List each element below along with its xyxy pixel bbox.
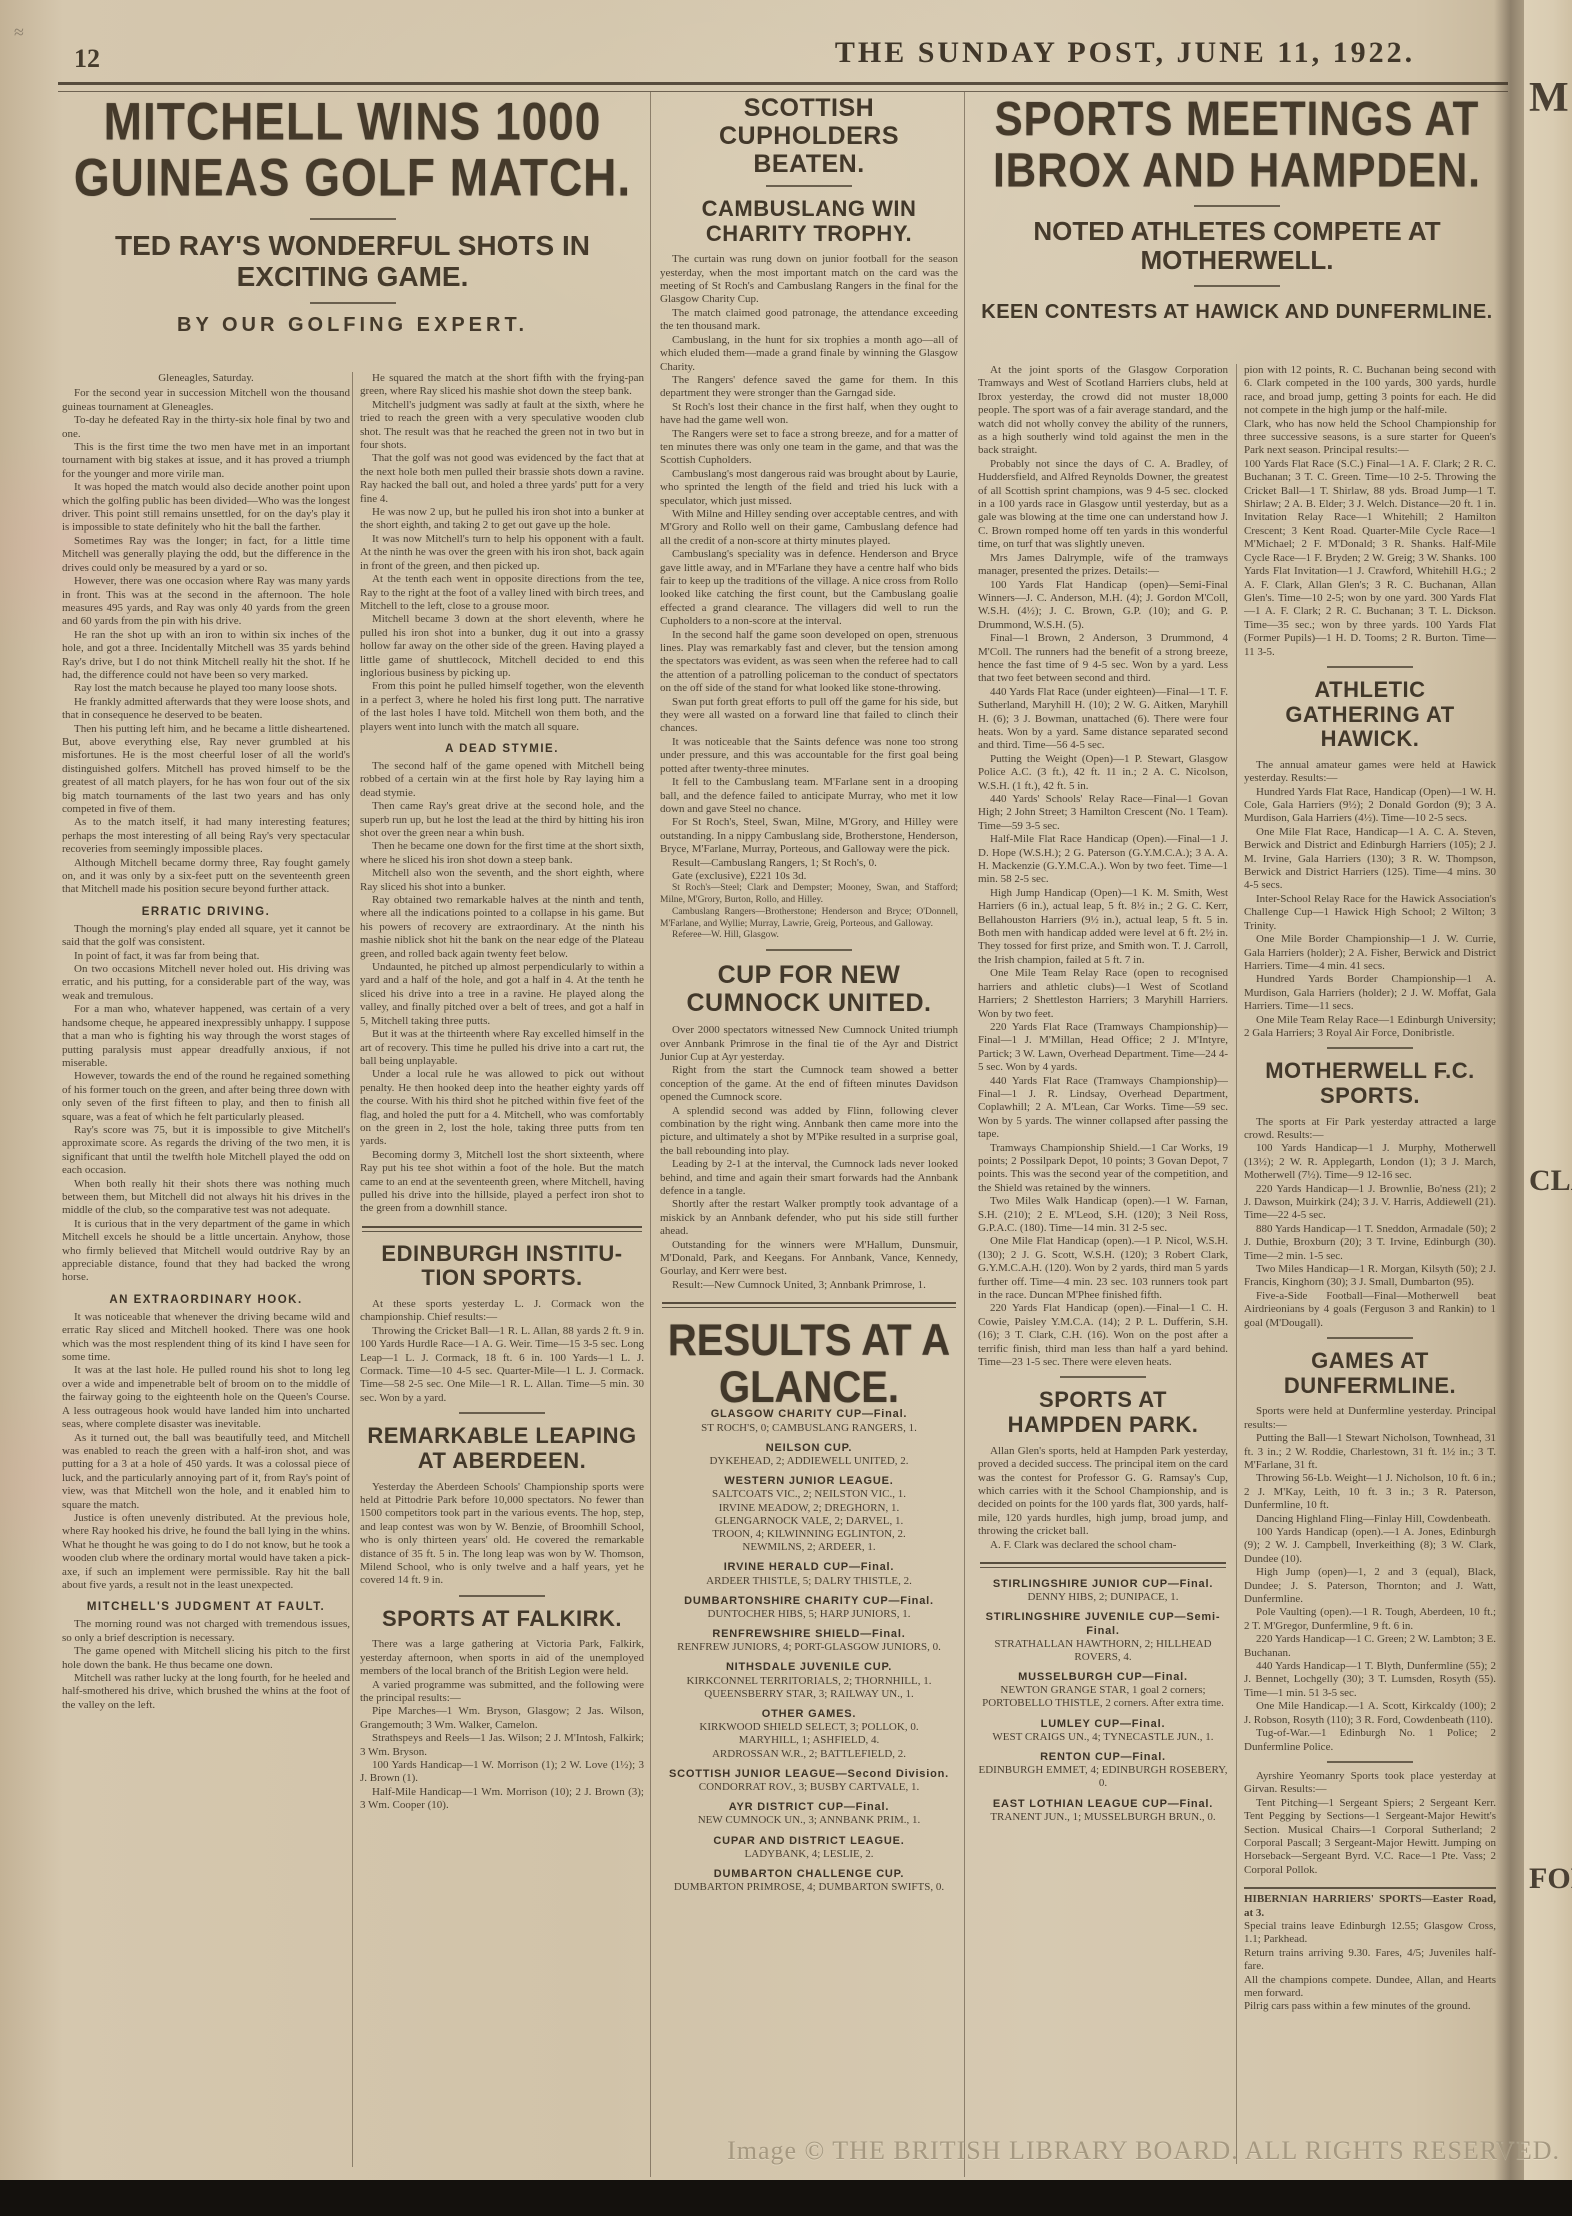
result-competition: AYR DISTRICT CUP—Final.	[660, 1801, 958, 1814]
hampden-continued-body: pion with 12 points, R. C. Buchanan bein…	[1244, 364, 1496, 659]
paragraph: It fell to the Cambuslang team. M'Farlan…	[660, 776, 958, 816]
golf-subheadline: TED RAY'S WONDERFUL SHOTS IN EXCITING GA…	[60, 230, 645, 293]
paragraph: Clark, who has now held the School Champ…	[1244, 418, 1496, 458]
paragraph: 880 Yards Handicap—1 T. Sneddon, Armadal…	[1244, 1223, 1496, 1263]
result-score: TRANENT JUN., 1; MUSSELBURGH BRUN., 0.	[978, 1811, 1228, 1824]
column-golf-left: Gleneagles, Saturday. For the second yea…	[62, 372, 350, 2167]
result-score: NEW CUMNOCK UN., 3; ANNBANK PRIM., 1.	[660, 1814, 958, 1827]
edinburgh-sports-headline: EDINBURGH INSTITU-TION SPORTS.	[364, 1242, 640, 1291]
cupholders-subheadline: CAMBUSLANG WIN CHARITY TROPHY.	[664, 197, 954, 246]
dunfermline-body: Sports were held at Dunfermline yesterda…	[1244, 1405, 1496, 1754]
cumnock-headline: CUP FOR NEW CUMNOCK UNITED.	[664, 961, 954, 1017]
result-competition: NEILSON CUP.	[660, 1442, 958, 1455]
column-divider	[1236, 364, 1237, 2164]
paragraph: The Rangers' defence saved the game for …	[660, 374, 958, 401]
paragraph: To-day he defeated Ray in the thirty-six…	[62, 414, 350, 441]
paragraph: High Jump Handicap (Open)—1 K. M. Smith,…	[978, 887, 1228, 967]
column-golf-right: He squared the match at the short fifth …	[360, 372, 644, 2167]
paragraph: A. F. Clark was declared the school cham…	[978, 1539, 1228, 1552]
golf-body-4: The morning round was not charged with t…	[62, 1618, 350, 1712]
paragraph: In point of fact, it was far from being …	[62, 950, 350, 963]
paragraph: One Mile Handicap.—1 A. Scott, Kirkcaldy…	[1244, 1700, 1496, 1727]
result-score: MARYHILL, 1; ASHFIELD, 4.	[660, 1734, 958, 1747]
paragraph: One Mile Border Championship—1 J. W. Cur…	[1244, 933, 1496, 973]
paragraph: Mitchell also won the seventh, and the s…	[360, 867, 644, 894]
result-competition: SCOTTISH JUNIOR LEAGUE—Second Division.	[660, 1768, 958, 1781]
golf-body-5: He squared the match at the short fifth …	[360, 372, 644, 734]
edge-letter: M	[1529, 74, 1569, 122]
ibrox-headline: SPORTS MEETINGS AT IBROX AND HAMPDEN.	[978, 94, 1496, 195]
masthead-rule	[58, 82, 1508, 92]
result-competition: NITHSDALE JUVENILE CUP.	[660, 1661, 958, 1674]
cupholders-body: The curtain was rung down on junior foot…	[660, 253, 958, 856]
hibernian-sports-notice: HIBERNIAN HARRIERS' SPORTS—Easter Road, …	[1244, 1887, 1496, 2014]
paragraph: Dancing Highland Fling—Finlay Hill, Cowd…	[1244, 1513, 1496, 1526]
falkirk-sports-body: There was a large gathering at Victoria …	[360, 1638, 644, 1812]
paragraph: It was noticeable that whenever the driv…	[62, 1311, 350, 1365]
paragraph: That the golf was not good was evidenced…	[360, 452, 644, 506]
motherwell-body: The sports at Fir Park yesterday attract…	[1244, 1116, 1496, 1331]
golf-byline: BY OUR GOLFING EXPERT.	[60, 314, 645, 337]
result-score: STRATHALLAN HAWTHORN, 2; HILLHEAD ROVERS…	[978, 1638, 1228, 1664]
hawick-headline: ATHLETIC GATHERING AT HAWICK.	[1248, 678, 1492, 752]
paragraph: Cambuslang, in the hunt for six trophies…	[660, 334, 958, 374]
motherwell-headline: MOTHERWELL F.C. SPORTS.	[1248, 1059, 1492, 1108]
column-right-outer: pion with 12 points, R. C. Buchanan bein…	[1244, 364, 1496, 2169]
paragraph: Two Miles Walk Handicap (open).—1 W. Far…	[978, 1195, 1228, 1235]
paragraph: HIBERNIAN HARRIERS' SPORTS—Easter Road, …	[1244, 1893, 1496, 1920]
paragraph: There was a large gathering at Victoria …	[360, 1638, 644, 1678]
crosshead-extraordinary-hook: AN EXTRAORDINARY HOOK.	[62, 1293, 350, 1307]
divider	[1327, 1047, 1413, 1049]
paragraph: At the joint sports of the Glasgow Corpo…	[978, 364, 1228, 458]
result-competition: STIRLINGSHIRE JUVENILE CUP—Semi-Final.	[978, 1611, 1228, 1637]
edinburgh-sports-body: At these sports yesterday L. J. Cormack …	[360, 1298, 644, 1405]
paragraph: Half-Mile Handicap—1 Wm. Morrison (10); …	[360, 1786, 644, 1813]
paragraph: However, there was one occasion where Ra…	[62, 575, 350, 629]
divider	[1194, 205, 1280, 207]
hampden-headline: SPORTS AT HAMPDEN PARK.	[982, 1388, 1224, 1437]
paragraph: 100 Yards Handicap—1 W. Morrison (1); 2 …	[360, 1759, 644, 1786]
paragraph: Sports were held at Dunfermline yesterda…	[1244, 1405, 1496, 1432]
paragraph: The curtain was rung down on junior foot…	[660, 253, 958, 307]
result-competition: STIRLINGSHIRE JUNIOR CUP—Final.	[978, 1578, 1228, 1591]
paragraph: He was now 2 up, but he pulled his iron …	[360, 506, 644, 533]
cupholders-teams: St Roch's—Steel; Clark and Dempster; Moo…	[660, 883, 958, 942]
result-competition: EAST LOTHIAN LEAGUE CUP—Final.	[978, 1798, 1228, 1811]
result-competition: DUMBARTONSHIRE CHARITY CUP—Final.	[660, 1595, 958, 1608]
divider	[310, 302, 396, 304]
cupholders-result: Result—Cambuslang Rangers, 1; St Roch's,…	[660, 857, 958, 884]
paragraph: Leading by 2-1 at the interval, the Cumn…	[660, 1158, 958, 1198]
dunfermline-headline: GAMES AT DUNFERMLINE.	[1248, 1349, 1492, 1398]
result-competition: OTHER GAMES.	[660, 1708, 958, 1721]
result-score: DYKEHEAD, 2; ADDIEWELL UNITED, 2.	[660, 1455, 958, 1468]
paragraph: A varied programme was submitted, and th…	[360, 1679, 644, 1706]
paragraph: The game opened with Mitchell slicing hi…	[62, 1645, 350, 1672]
paragraph: Half-Mile Flat Race Handicap (Open).—Fin…	[978, 833, 1228, 887]
library-watermark: Image © THE BRITISH LIBRARY BOARD. ALL R…	[540, 2136, 1560, 2166]
paragraph: With Milne and Hilley sending over accep…	[660, 508, 958, 548]
hawick-body: The annual amateur games were held at Ha…	[1244, 759, 1496, 1041]
paragraph: Over 2000 spectators witnessed New Cumno…	[660, 1024, 958, 1064]
paragraph: Ray obtained two remarkable halves at th…	[360, 894, 644, 961]
paragraph: Two Miles Handicap—1 R. Morgan, Kilsyth …	[1244, 1263, 1496, 1290]
paragraph: Ray lost the match because he played too…	[62, 682, 350, 695]
divider	[1060, 1376, 1146, 1378]
paragraph: When both really hit their shots there w…	[62, 1178, 350, 1218]
paragraph: It is curious that in the very departmen…	[62, 1218, 350, 1285]
paragraph: It was now Mitchell's turn to help his o…	[360, 533, 644, 573]
paragraph: St Roch's lost their chance in the first…	[660, 401, 958, 428]
paragraph: Result:—New Cumnock United, 3; Annbank P…	[660, 1279, 958, 1292]
paragraph: Tug-of-War.—1 Edinburgh No. 1 Police; 2 …	[1244, 1727, 1496, 1754]
paragraph: One Mile Flat Race, Handicap—1 A. C. A. …	[1244, 826, 1496, 893]
paragraph: Sometimes Ray was the longer; in fact, f…	[62, 535, 350, 575]
paragraph: Throwing 56-Lb. Weight—1 J. Nicholson, 1…	[1244, 1472, 1496, 1512]
result-score: NEWMILNS, 2; ARDEER, 1.	[660, 1541, 958, 1554]
result-score: CONDORRAT ROV., 3; BUSBY CARTVALE, 1.	[660, 1781, 958, 1794]
paragraph: At these sports yesterday L. J. Cormack …	[360, 1298, 644, 1325]
paragraph: The match claimed good patronage, the at…	[660, 307, 958, 334]
ibrox-body: At the joint sports of the Glasgow Corpo…	[978, 364, 1228, 1369]
paragraph: High Jump (open)—1, 2 and 3 (equal), Bla…	[1244, 1566, 1496, 1606]
paragraph: For a man who, whatever happened, was ce…	[62, 1003, 350, 1070]
paragraph: 220 Yards Handicap—1 J. Brownlie, Bo'nes…	[1244, 1183, 1496, 1223]
paragraph: The morning round was not charged with t…	[62, 1618, 350, 1645]
paragraph: pion with 12 points, R. C. Buchanan bein…	[1244, 364, 1496, 418]
paragraph: 440 Yards Handicap—1 T. Blyth, Dunfermli…	[1244, 1660, 1496, 1700]
result-score: RENFREW JUNIORS, 4; PORT-GLASGOW JUNIORS…	[660, 1641, 958, 1654]
masthead-title: THE SUNDAY POST, JUNE 11, 1922.	[780, 36, 1470, 70]
paragraph: The annual amateur games were held at Ha…	[1244, 759, 1496, 786]
result-competition: RENFREWSHIRE SHIELD—Final.	[660, 1628, 958, 1641]
result-score: ARDROSSAN W.R., 2; BATTLEFIELD, 2.	[660, 1748, 958, 1761]
paragraph: At the tenth each went in opposite direc…	[360, 573, 644, 613]
paragraph: Pipe Marches—1 Wm. Bryson, Glasgow; 2 Ja…	[360, 1705, 644, 1732]
golf-body-1: For the second year in succession Mitche…	[62, 387, 350, 896]
golf-body-2: Though the morning's play ended all squa…	[62, 923, 350, 1285]
golf-body-6: The second half of the game opened with …	[360, 760, 644, 1216]
paragraph: Gate (exclusive), £221 10s 3d.	[660, 870, 958, 883]
divider	[459, 1412, 545, 1414]
paragraph: However, towards the end of the round he…	[62, 1070, 350, 1124]
pencil-mark: ≈	[14, 22, 24, 43]
paragraph: He ran the shot up with an iron to withi…	[62, 629, 350, 683]
paragraph: Throwing the Cricket Ball—1 R. L. Allan,…	[360, 1325, 644, 1405]
divider	[766, 949, 852, 951]
results-at-a-glance-headline: RESULTS AT A GLANCE.	[660, 1318, 958, 1411]
result-competition: DUMBARTON CHALLENGE CUP.	[660, 1868, 958, 1881]
paragraph: Becoming dormy 3, Mitchell lost the shor…	[360, 1149, 644, 1216]
column-middle: SCOTTISH CUPHOLDERS BEATEN. CAMBUSLANG W…	[660, 94, 958, 2174]
result-competition: WESTERN JUNIOR LEAGUE.	[660, 1475, 958, 1488]
column-divider	[352, 372, 353, 2167]
newspaper-page: ≈ 12 THE SUNDAY POST, JUNE 11, 1922. MIT…	[0, 0, 1572, 2216]
result-competition: RENTON CUP—Final.	[978, 1751, 1228, 1764]
paragraph: Right from the start the Cumnock team sh…	[660, 1064, 958, 1104]
result-score: NEWTON GRANGE STAR, 1 goal 2 corners; PO…	[978, 1684, 1228, 1710]
paragraph: Pilrig cars pass within a few minutes of…	[1244, 2000, 1496, 2013]
paragraph: Inter-School Relay Race for the Hawick A…	[1244, 893, 1496, 933]
paragraph: As to the match itself, it had many inte…	[62, 816, 350, 856]
result-score: ST ROCH'S, 0; CAMBUSLANG RANGERS, 1.	[660, 1422, 958, 1435]
paragraph: He frankly admitted afterwards that they…	[62, 696, 350, 723]
page-fold-shadow	[1494, 0, 1524, 2216]
paragraph: Probably not since the days of C. A. Bra…	[978, 458, 1228, 552]
ayrshire-yeomanry-body: Ayrshire Yeomanry Sports took place yest…	[1244, 1770, 1496, 1877]
paragraph: Ayrshire Yeomanry Sports took place yest…	[1244, 1770, 1496, 1797]
result-score: SALTCOATS VIC., 2; NEILSTON VIC., 1.	[660, 1488, 958, 1501]
paragraph: Cambuslang's most dangerous raid was bro…	[660, 468, 958, 508]
paragraph: One Mile Team Relay Race—1 Edinburgh Uni…	[1244, 1014, 1496, 1041]
paragraph: Then came Ray's great drive at the secon…	[360, 800, 644, 840]
paragraph: Hundred Yards Border Championship—1 A. M…	[1244, 973, 1496, 1013]
result-competition: LUMLEY CUP—Final.	[978, 1718, 1228, 1731]
result-score: EDINBURGH EMMET, 4; EDINBURGH ROSEBERY, …	[978, 1764, 1228, 1790]
paragraph: 220 Yards Handicap—1 C. Green; 2 W. Lamb…	[1244, 1633, 1496, 1660]
edge-letter: CLA	[1529, 1164, 1572, 1198]
column-right-inner: At the joint sports of the Glasgow Corpo…	[978, 364, 1228, 2169]
aberdeen-leaping-headline: REMARKABLE LEAPING AT ABERDEEN.	[364, 1424, 640, 1473]
paragraph: Ray's score was 75, but it is impossible…	[62, 1124, 350, 1178]
paragraph: Outstanding for the winners were M'Hallu…	[660, 1239, 958, 1279]
column-divider	[650, 92, 651, 2177]
paragraph: Undaunted, he pitched up almost perpendi…	[360, 961, 644, 1028]
result-competition: CUPAR AND DISTRICT LEAGUE.	[660, 1835, 958, 1848]
adjacent-page-edge: M CLA FOR	[1524, 0, 1572, 2216]
paragraph: Final—1 Brown, 2 Anderson, 3 Drummond, 4…	[978, 632, 1228, 686]
paragraph: 100 Yards Handicap—1 J. Murphy, Motherwe…	[1244, 1142, 1496, 1182]
paragraph: 100 Yards Flat Handicap (open)—Semi-Fina…	[978, 579, 1228, 633]
result-score: QUEENSBERRY STAR, 3; RAILWAY UN., 1.	[660, 1688, 958, 1701]
paragraph: 220 Yards Flat Handicap (open).—Final—1 …	[978, 1302, 1228, 1369]
result-score: WEST CRAIGS UN., 4; TYNECASTLE JUN., 1.	[978, 1731, 1228, 1744]
paragraph: As it turned out, the ball was beautiful…	[62, 1432, 350, 1512]
paragraph: Though the morning's play ended all squa…	[62, 923, 350, 950]
aberdeen-leaping-body: Yesterday the Aberdeen Schools' Champion…	[360, 1481, 644, 1588]
paragraph: Mitchell's judgment was sadly at fault a…	[360, 399, 644, 453]
paragraph: This is the first time the two men have …	[62, 441, 350, 481]
paragraph: One Mile Flat Handicap (open).—1 P. Nico…	[978, 1235, 1228, 1302]
paragraph: The sports at Fir Park yesterday attract…	[1244, 1116, 1496, 1143]
result-score: LADYBANK, 4; LESLIE, 2.	[660, 1848, 958, 1861]
paragraph: St Roch's—Steel; Clark and Dempster; Moo…	[660, 883, 958, 907]
cupholders-headline: SCOTTISH CUPHOLDERS BEATEN.	[664, 94, 954, 178]
result-score: GLENGARNOCK VALE, 2; DARVEL, 1.	[660, 1515, 958, 1528]
paragraph: 220 Yards Flat Race (Tramways Championsh…	[978, 1021, 1228, 1075]
result-score: KIRKWOOD SHIELD SELECT, 3; POLLOK, 0.	[660, 1721, 958, 1734]
result-score: DUMBARTON PRIMROSE, 4; DUMBARTON SWIFTS,…	[660, 1881, 958, 1894]
paragraph: He squared the match at the short fifth …	[360, 372, 644, 399]
paragraph: Putting the Weight (Open)—1 P. Stewart, …	[978, 753, 1228, 793]
paragraph: Mitchell was rather lucky at the long fo…	[62, 1672, 350, 1712]
paragraph: Tramways Championship Shield.—1 Car Work…	[978, 1142, 1228, 1196]
paragraph: For St Roch's, Steel, Swan, Milne, M'Gro…	[660, 816, 958, 856]
divider	[310, 218, 396, 220]
paragraph: For the second year in succession Mitche…	[62, 387, 350, 414]
paragraph: Swan put forth great efforts to pull off…	[660, 696, 958, 736]
result-score: IRVINE MEADOW, 2; DREGHORN, 1.	[660, 1502, 958, 1515]
paragraph: Return trains arriving 9.30. Fares, 4/5;…	[1244, 1947, 1496, 1974]
section-rule	[980, 1562, 1226, 1568]
paragraph: But it was at the thirteenth where Ray e…	[360, 1028, 644, 1068]
paragraph: 100 Yards Flat Race (S.C.) Final—1 A. F.…	[1244, 458, 1496, 659]
paragraph: Special trains leave Edinburgh 12.55; Gl…	[1244, 1920, 1496, 1947]
golf-body-3: It was noticeable that whenever the driv…	[62, 1311, 350, 1593]
paragraph: One Mile Team Relay Race (open to recogn…	[978, 967, 1228, 1021]
paragraph: 100 Yards Handicap (open).—1 A. Jones, E…	[1244, 1526, 1496, 1566]
paragraph: Shortly after the restart Walker promptl…	[660, 1198, 958, 1238]
paragraph: Under a local rule he was allowed to pic…	[360, 1068, 644, 1148]
edge-letter: FOR	[1529, 1862, 1572, 1896]
divider	[1327, 1761, 1413, 1763]
paragraph: Mitchell became 3 down at the short elev…	[360, 613, 644, 680]
paragraph: Although Mitchell became dormy three, Ra…	[62, 857, 350, 897]
paragraph: Allan Glen's sports, held at Hampden Par…	[978, 1445, 1228, 1539]
paragraph: In the second half the game soon develop…	[660, 629, 958, 696]
paragraph: Hundred Yards Flat Race, Handicap (Open)…	[1244, 786, 1496, 826]
divider	[459, 1595, 545, 1597]
golf-article-header: MITCHELL WINS 1000 GUINEAS GOLF MATCH. T…	[60, 94, 645, 337]
paragraph: 440 Yards Flat Race (under eighteen)—Fin…	[978, 686, 1228, 753]
paragraph: Mrs James Dalrymple, wife of the tramway…	[978, 552, 1228, 579]
paragraph: Cambuslang's speciality was in defence. …	[660, 548, 958, 628]
paragraph: Referee—W. Hill, Glasgow.	[660, 930, 958, 942]
paragraph: Pole Vaulting (open).—1 R. Tough, Aberde…	[1244, 1606, 1496, 1633]
paragraph: 440 Yards Flat Race (Tramways Championsh…	[978, 1075, 1228, 1142]
result-score: KIRKCONNEL TERRITORIALS, 2; THORNHILL, 1…	[660, 1675, 958, 1688]
paragraph: Cambuslang Rangers—Brotherstone; Henders…	[660, 907, 958, 931]
result-score: ARDEER THISTLE, 5; DALRY THISTLE, 2.	[660, 1575, 958, 1588]
golf-headline: MITCHELL WINS 1000 GUINEAS GOLF MATCH.	[60, 94, 645, 205]
paragraph: Yesterday the Aberdeen Schools' Champion…	[360, 1481, 644, 1588]
result-competition: IRVINE HERALD CUP—Final.	[660, 1561, 958, 1574]
paragraph: Tent Pitching—1 Sergeant Spiers; 2 Serge…	[1244, 1797, 1496, 1877]
scan-background-bar	[0, 2180, 1572, 2216]
ibrox-article-header: SPORTS MEETINGS AT IBROX AND HAMPDEN. NO…	[978, 94, 1496, 324]
divider	[1327, 666, 1413, 668]
divider	[766, 185, 852, 187]
paragraph: The Rangers were set to face a strong br…	[660, 428, 958, 468]
paragraph: From this point he pulled himself togeth…	[360, 680, 644, 734]
cumnock-body: Over 2000 spectators witnessed New Cumno…	[660, 1024, 958, 1292]
hampden-body: Allan Glen's sports, held at Hampden Par…	[978, 1445, 1228, 1552]
result-score: TROON, 4; KILWINNING EGLINTON, 2.	[660, 1528, 958, 1541]
crosshead-dead-stymie: A DEAD STYMIE.	[360, 742, 644, 756]
falkirk-sports-headline: SPORTS AT FALKIRK.	[364, 1607, 640, 1632]
cup-finals-list: STIRLINGSHIRE JUNIOR CUP—Final.DENNY HIB…	[978, 1578, 1228, 1824]
result-competition: MUSSELBURGH CUP—Final.	[978, 1671, 1228, 1684]
ibrox-crosshead: KEEN CONTESTS AT HAWICK AND DUNFERMLINE.	[978, 301, 1496, 324]
paragraph: Then his putting left him, and he became…	[62, 723, 350, 817]
results-at-a-glance-list: GLASGOW CHARITY CUP—Final.ST ROCH'S, 0; …	[660, 1408, 958, 1894]
paragraph: Strathspeys and Reels—1 Jas. Wilson; 2 J…	[360, 1732, 644, 1759]
divider	[1327, 1337, 1413, 1339]
crosshead-erratic-driving: ERRATIC DRIVING.	[62, 905, 350, 919]
ibrox-subheadline: NOTED ATHLETES COMPETE AT MOTHERWELL.	[978, 217, 1496, 275]
result-score: DENNY HIBS, 2; DUNIPACE, 1.	[978, 1591, 1228, 1604]
paragraph: Putting the Ball—1 Stewart Nicholson, To…	[1244, 1432, 1496, 1472]
paragraph: Five-a-Side Football—Final—Motherwell be…	[1244, 1290, 1496, 1330]
result-score: DUNTOCHER HIBS, 5; HARP JUNIORS, 1.	[660, 1608, 958, 1621]
paragraph: It was at the last hole. He pulled round…	[62, 1364, 350, 1431]
paragraph: Justice is often unevenly distributed. A…	[62, 1512, 350, 1592]
paragraph: The second half of the game opened with …	[360, 760, 644, 800]
section-rule	[662, 1302, 956, 1308]
page-number: 12	[74, 44, 100, 74]
paragraph: It was hoped the match would also decide…	[62, 481, 350, 535]
column-divider	[964, 92, 965, 2177]
section-rule	[362, 1226, 642, 1232]
paragraph: On two occasions Mitchell never holed ou…	[62, 963, 350, 1003]
paragraph: 440 Yards' Schools' Relay Race—Final—1 G…	[978, 793, 1228, 833]
paragraph: Then he became one down for the first ti…	[360, 840, 644, 867]
crosshead-judgment-at-fault: MITCHELL'S JUDGMENT AT FAULT.	[62, 1600, 350, 1614]
divider	[1194, 285, 1280, 287]
paragraph: Result—Cambuslang Rangers, 1; St Roch's,…	[660, 857, 958, 870]
paragraph: All the champions compete. Dundee, Allan…	[1244, 1974, 1496, 2001]
paragraph: A splendid second was added by Flinn, fo…	[660, 1105, 958, 1159]
paragraph: It was noticeable that the Saints defenc…	[660, 736, 958, 776]
golf-dateline: Gleneagles, Saturday.	[62, 372, 350, 385]
